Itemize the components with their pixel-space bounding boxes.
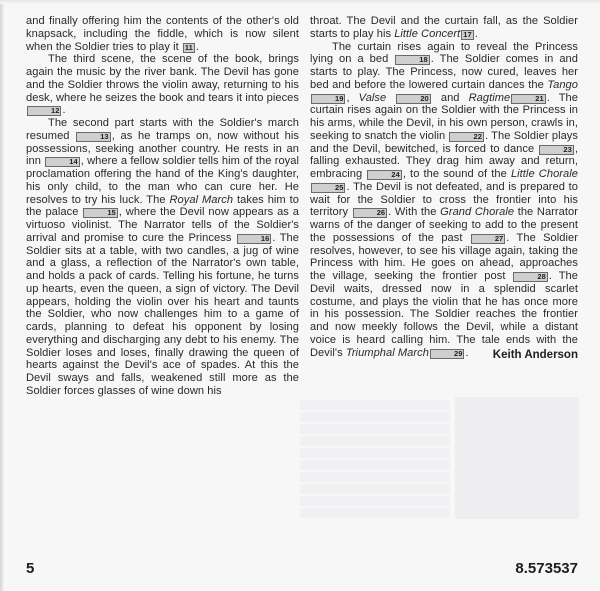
work-title: Tango [547,79,578,91]
work-title: Ragtime [469,92,511,104]
track-number-badge: 29 [430,349,464,359]
track-number-badge: 26 [353,208,387,218]
track-number-badge: 17 [461,30,473,40]
track-number-badge: 11 [183,43,195,53]
author-signature: Keith Anderson [493,349,578,361]
work-title: Valse [359,92,387,104]
page-binding-edge [0,0,4,591]
left-column: and finally offering him the contents of… [26,15,299,398]
work-title: Triumphal March [346,347,429,359]
right-column: throat. The Devil and the curtain fall, … [310,15,578,359]
track-number-badge: 24 [367,170,401,180]
page-top-edge [0,0,600,4]
catalog-number: 8.573537 [515,560,578,577]
page-number: 5 [26,560,34,577]
track-number-badge: 27 [471,234,505,244]
track-number-badge: 28 [513,272,547,282]
paragraph-text: and finally offering him the contents of… [26,15,299,53]
track-number-badge: 23 [539,145,573,155]
punctuation: . [465,347,468,359]
track-number-badge: 13 [76,132,110,142]
bleed-through-text [300,400,450,520]
punctuation: . [62,104,65,116]
paragraph-text: . The Soldier sits at a table, with two … [26,232,299,397]
track-number-badge: 18 [395,55,429,65]
paragraph: The second part starts with the Soldier'… [26,117,299,398]
punctuation: . [196,41,199,53]
track-number-badge: 12 [27,106,61,116]
paragraph-text: . With the [388,206,440,218]
track-number-badge: 21 [511,94,545,104]
work-title: Grand Chorale [440,206,514,218]
track-number-badge: 22 [449,132,483,142]
paragraph-text: and [432,92,469,104]
work-title: Little Chorale [511,168,578,180]
paragraph-text: The third scene, the scene of the book, … [26,53,299,103]
paragraph-text: . The Devil waits, dressed now in a sple… [310,270,578,359]
paragraph: The third scene, the scene of the book, … [26,53,299,117]
track-number-badge: 20 [396,94,430,104]
track-number-badge: 25 [311,183,345,193]
work-title: Royal March [169,194,233,206]
punctuation: , [346,92,358,104]
paragraph: throat. The Devil and the curtain fall, … [310,15,578,41]
track-number-badge: 16 [237,234,271,244]
track-number-badge: 14 [45,157,79,167]
paragraph: and finally offering him the contents of… [26,15,299,53]
paragraph-text: , to the sound of the [403,168,511,180]
punctuation: . [475,28,478,40]
bleed-through-photo [455,397,579,519]
track-number-badge: 15 [83,208,117,218]
work-title: Little Concert [394,28,460,40]
track-number-badge: 19 [311,94,345,104]
paragraph: The curtain rises again to reveal the Pr… [310,41,578,360]
